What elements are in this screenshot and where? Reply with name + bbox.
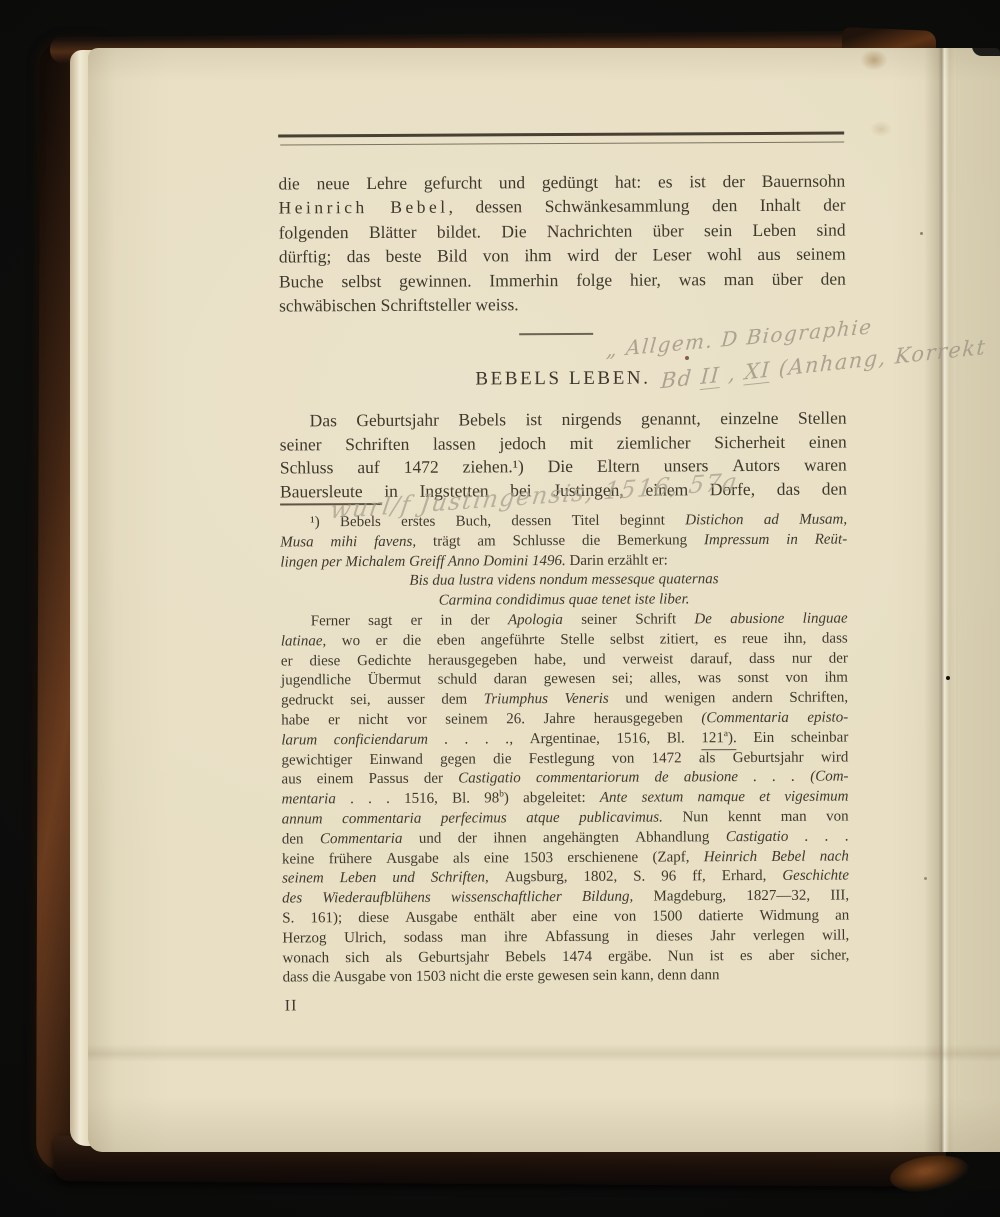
intro-paragraph: dieneueLehregefurchtundgedüngthat:esistd…	[278, 169, 846, 318]
facing-page-shade	[956, 48, 1000, 1152]
text-line: dieneueLehregefurchtundgedüngthat:esistd…	[278, 169, 845, 196]
text-line: Bucheselbstgewinnen.Immerhinfolgehier,wa…	[279, 266, 846, 293]
book-scan-photo: dieneueLehregefurchtundgedüngthat:esistd…	[0, 0, 1000, 1217]
text-line: dürftig;dasbesteBildvonihmwirdderLeserwo…	[279, 242, 846, 269]
paper-stain	[856, 46, 892, 74]
ink-speck	[920, 232, 923, 235]
text-line: schwäbischen Schriftsteller weiss.	[279, 290, 846, 317]
text-line: Schlussauf1472ziehen.¹)DieElternunsersAu…	[280, 454, 847, 481]
footnote-block: ¹)BebelserstesBuch,dessenTitelbeginntDis…	[280, 511, 849, 989]
ink-speck	[685, 356, 689, 360]
text-line: DasGeburtsjahrBebelsistnirgendsgenannt,e…	[280, 407, 847, 434]
head-rule-thin	[280, 142, 844, 146]
ink-speck	[946, 676, 950, 680]
gutter-crease	[924, 48, 958, 1152]
text-line: seinerSchriftenlassenjedochmitziemlicher…	[280, 430, 847, 457]
paper-stain	[866, 118, 896, 140]
page-signature: II	[285, 997, 298, 1015]
head-rule-thick	[278, 132, 844, 138]
section-divider	[519, 333, 593, 335]
ink-speck	[924, 877, 927, 880]
printed-text-column: dieneueLehregefurchtundgedüngthat:esistd…	[277, 0, 850, 1217]
text-line: folgendenBlätterbildet.DieNachrichtenübe…	[279, 217, 846, 244]
text-line: HeinrichBebel,dessenSchwänkesammlungdenI…	[278, 193, 845, 220]
text-line: dass die Ausgabe von 1503 nicht die erst…	[283, 966, 850, 989]
backdrop-notch-top-right	[972, 42, 1000, 56]
